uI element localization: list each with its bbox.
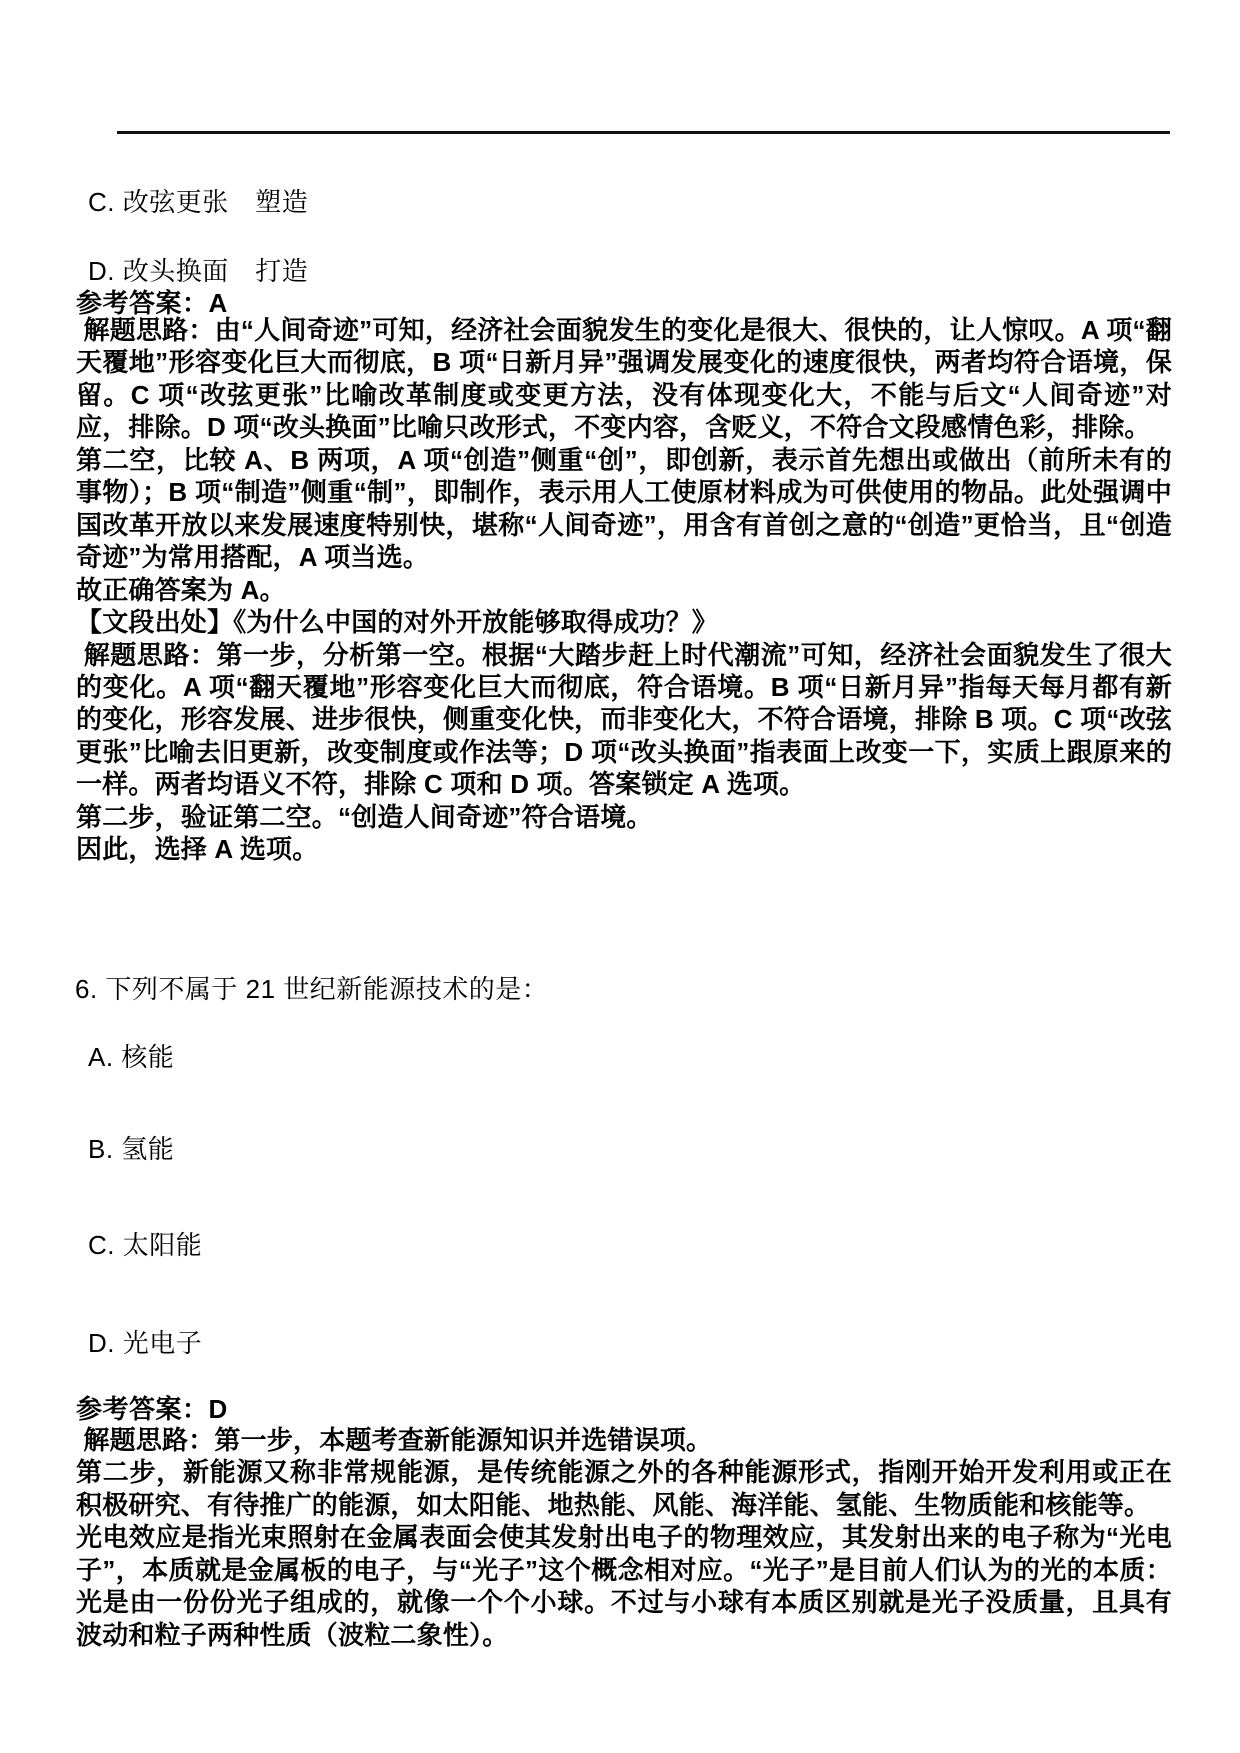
explanation-paragraph: 解题思路：第一步，本题考查新能源知识并选错误项。 — [76, 1424, 1172, 1456]
question6-explanation: 解题思路：第一步，本题考查新能源知识并选错误项。 第二步，新能源又称非常规能源，… — [76, 1424, 1172, 1651]
explanation-paragraph: 因此，选择 A 选项。 — [76, 833, 1172, 865]
explanation-paragraph: 解题思路：由“人间奇迹”可知，经济社会面貌发生的变化是很大、很快的，让人惊叹。A… — [76, 314, 1172, 444]
explanation-paragraph: 第二步，新能源又称非常规能源，是传统能源之外的各种能源形式，指刚开始开发利用或正… — [76, 1456, 1172, 1521]
document-page: C. 改弦更张 塑造 D. 改头换面 打造 参考答案：A 解题思路：由“人间奇迹… — [0, 0, 1240, 1753]
question6-answer-label: 参考答案：D — [76, 1393, 228, 1425]
explanation-paragraph: 【文段出处】《为什么中国的对外开放能够取得成功？》 — [76, 606, 1172, 638]
explanation-paragraph: 光电效应是指光束照射在金属表面会使其发射出电子的物理效应，其发射出来的电子称为“… — [76, 1521, 1172, 1651]
explanation-paragraph: 第二空，比较 A、B 两项，A 项“创造”侧重“创”，即创新，表示首先想出或做出… — [76, 444, 1172, 574]
question6-title: 6. 下列不属于 21 世纪新能源技术的是： — [75, 973, 548, 1005]
question5-explanation: 解题思路：由“人间奇迹”可知，经济社会面貌发生的变化是很大、很快的，让人惊叹。A… — [76, 314, 1172, 866]
explanation-paragraph: 解题思路：第一步，分析第一空。根据“大踏步赶上时代潮流”可知，经济社会面貌发生了… — [76, 639, 1172, 801]
question6-option-d: D. 光电子 — [88, 1327, 202, 1359]
question6-option-c: C. 太阳能 — [88, 1229, 202, 1261]
explanation-paragraph: 第二步，验证第二空。“创造人间奇迹”符合语境。 — [76, 801, 1172, 833]
question6-option-b: B. 氢能 — [88, 1133, 174, 1165]
question5-option-d: D. 改头换面 打造 — [88, 255, 308, 287]
question6-option-a: A. 核能 — [88, 1041, 174, 1073]
question5-option-c: C. 改弦更张 塑造 — [88, 186, 308, 218]
explanation-paragraph: 故正确答案为 A。 — [76, 574, 1172, 606]
header-divider — [117, 131, 1170, 134]
